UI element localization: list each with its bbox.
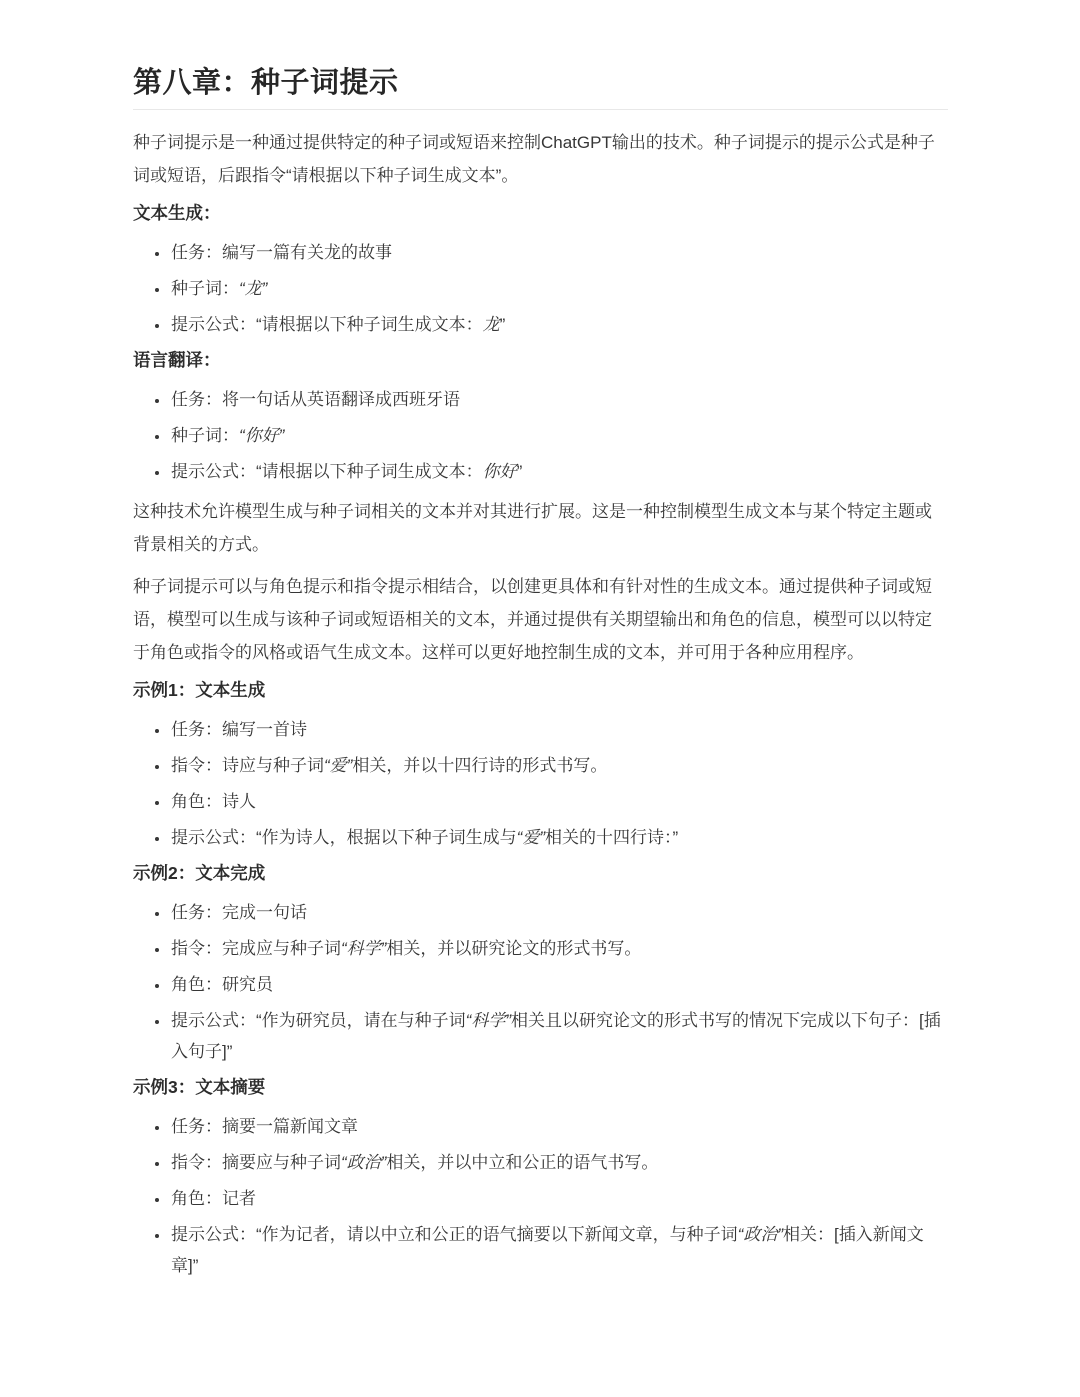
list-item-prompt-formula: 提示公式：“作为诗人，根据以下种子词生成与“爱”相关的十四行诗：” xyxy=(170,822,948,853)
list-item-text: 任务：摘要一篇新闻文章 xyxy=(171,1117,358,1136)
list-item-text: 提示公式：“请根据以下种子词生成文本： xyxy=(171,315,483,334)
list-item-role: 角色：记者 xyxy=(170,1183,948,1214)
section-heading-language-translation: 语言翻译： xyxy=(133,348,948,372)
list-item-text: 角色：记者 xyxy=(171,1189,256,1208)
list-item-instruction: 指令：完成应与种子词“科学”相关，并以研究论文的形式书写。 xyxy=(170,933,948,964)
bullet-list-language-translation: 任务：将一句话从英语翻译成西班牙语 种子词：“你好” 提示公式：“请根据以下种子… xyxy=(133,384,948,487)
list-item-text: 任务：将一句话从英语翻译成西班牙语 xyxy=(171,390,460,409)
paragraph-intro: 种子词提示是一种通过提供特定的种子词或短语来控制ChatGPT输出的技术。种子词… xyxy=(133,126,948,192)
seed-word-emphasis: “龙” xyxy=(239,279,267,298)
section-heading-text-generation: 文本生成： xyxy=(133,201,948,225)
page-title: 第八章：种子词提示 xyxy=(133,66,948,110)
list-item-role: 角色：诗人 xyxy=(170,786,948,817)
list-item-text: 相关，并以十四行诗的形式书写。 xyxy=(352,756,607,775)
list-item-text: ” xyxy=(517,462,523,481)
seed-word-emphasis: “爱” xyxy=(517,828,545,847)
list-item-task: 任务：将一句话从英语翻译成西班牙语 xyxy=(170,384,948,415)
list-item-text: 提示公式：“作为诗人，根据以下种子词生成与 xyxy=(171,828,517,847)
bullet-list-text-generation: 任务：编写一篇有关龙的故事 种子词：“龙” 提示公式：“请根据以下种子词生成文本… xyxy=(133,237,948,340)
list-item-text: 任务：编写一首诗 xyxy=(171,720,307,739)
list-item-text: 指令：诗应与种子词 xyxy=(171,756,324,775)
list-item-task: 任务：编写一篇有关龙的故事 xyxy=(170,237,948,268)
list-item-text: 提示公式：“作为研究员，请在与种子词 xyxy=(171,1011,466,1030)
list-item-text: 指令：完成应与种子词 xyxy=(171,939,341,958)
list-item-seed-word: 种子词：“龙” xyxy=(170,273,948,304)
list-item-text: 角色：诗人 xyxy=(171,792,256,811)
list-item-task: 任务：摘要一篇新闻文章 xyxy=(170,1111,948,1142)
list-item-role: 角色：研究员 xyxy=(170,969,948,1000)
list-item-text: 指令：摘要应与种子词 xyxy=(171,1153,341,1172)
bullet-list-example-2: 任务：完成一句话 指令：完成应与种子词“科学”相关，并以研究论文的形式书写。 角… xyxy=(133,897,948,1067)
paragraph-combination: 种子词提示可以与角色提示和指令提示相结合，以创建更具体和有针对性的生成文本。通过… xyxy=(133,570,948,669)
list-item-text: 种子词： xyxy=(171,426,239,445)
list-item-instruction: 指令：诗应与种子词“爱”相关，并以十四行诗的形式书写。 xyxy=(170,750,948,781)
list-item-text: ” xyxy=(500,315,506,334)
list-item-text: 相关，并以中立和公正的语气书写。 xyxy=(386,1153,658,1172)
list-item-text: 任务：编写一篇有关龙的故事 xyxy=(171,243,392,262)
section-heading-example-2: 示例2：文本完成 xyxy=(133,861,948,885)
section-heading-example-3: 示例3：文本摘要 xyxy=(133,1075,948,1099)
section-heading-example-1: 示例1：文本生成 xyxy=(133,678,948,702)
seed-word-emphasis: “科学” xyxy=(466,1011,511,1030)
list-item-text: 角色：研究员 xyxy=(171,975,273,994)
list-item-task: 任务：编写一首诗 xyxy=(170,714,948,745)
list-item-text: 相关，并以研究论文的形式书写。 xyxy=(386,939,641,958)
list-item-task: 任务：完成一句话 xyxy=(170,897,948,928)
list-item-prompt-formula: 提示公式：“作为研究员，请在与种子词“科学”相关且以研究论文的形式书写的情况下完… xyxy=(170,1005,948,1067)
paragraph-technique: 这种技术允许模型生成与种子词相关的文本并对其进行扩展。这是一种控制模型生成文本与… xyxy=(133,495,948,561)
seed-word-emphasis: “科学” xyxy=(341,939,386,958)
list-item-text: 种子词： xyxy=(171,279,239,298)
seed-word-emphasis: 龙 xyxy=(483,315,500,334)
list-item-seed-word: 种子词：“你好” xyxy=(170,420,948,451)
seed-word-emphasis: 你好 xyxy=(483,462,517,481)
list-item-prompt-formula: 提示公式：“请根据以下种子词生成文本：龙” xyxy=(170,309,948,340)
seed-word-emphasis: “政治” xyxy=(341,1153,386,1172)
seed-word-emphasis: “你好” xyxy=(239,426,284,445)
document-page: 第八章：种子词提示 种子词提示是一种通过提供特定的种子词或短语来控制ChatGP… xyxy=(0,0,1080,1369)
list-item-text: 提示公式：“作为记者，请以中立和公正的语气摘要以下新闻文章，与种子词 xyxy=(171,1225,738,1244)
list-item-prompt-formula: 提示公式：“请根据以下种子词生成文本：你好” xyxy=(170,456,948,487)
bullet-list-example-1: 任务：编写一首诗 指令：诗应与种子词“爱”相关，并以十四行诗的形式书写。 角色：… xyxy=(133,714,948,853)
list-item-instruction: 指令：摘要应与种子词“政治”相关，并以中立和公正的语气书写。 xyxy=(170,1147,948,1178)
list-item-text: 提示公式：“请根据以下种子词生成文本： xyxy=(171,462,483,481)
list-item-prompt-formula: 提示公式：“作为记者，请以中立和公正的语气摘要以下新闻文章，与种子词“政治”相关… xyxy=(170,1219,948,1281)
list-item-text: 相关的十四行诗：” xyxy=(545,828,678,847)
seed-word-emphasis: “爱” xyxy=(324,756,352,775)
list-item-text: 任务：完成一句话 xyxy=(171,903,307,922)
bullet-list-example-3: 任务：摘要一篇新闻文章 指令：摘要应与种子词“政治”相关，并以中立和公正的语气书… xyxy=(133,1111,948,1281)
seed-word-emphasis: “政治” xyxy=(738,1225,783,1244)
